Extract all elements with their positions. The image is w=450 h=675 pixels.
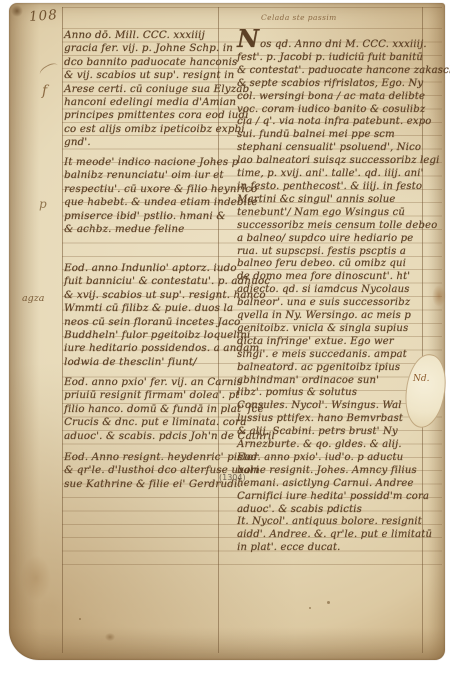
header-inscription: Celada ste passim (261, 13, 337, 22)
manuscript-line: Nos qd. Anno dni M. CCC. xxxiiij. (237, 32, 450, 52)
manuscript-line: balneo feru debeo. cū omibz qui (237, 258, 450, 271)
manuscript-line: in plat'. ecce ducat. (237, 542, 432, 555)
manuscript-line: Eod. anno pxio'. iud'o. p aductu (237, 452, 429, 465)
manuscript-line: It meode' indico nacione Johes p (64, 156, 258, 169)
manuscript-line: successoribz meis censum tolle debeo (237, 220, 450, 233)
line-text: os qd. Anno dni M. CCC. xxxiiij. (260, 39, 427, 50)
manuscript-line: voc. coram iudico banito & cosulibz (237, 104, 450, 117)
manuscript-line: dco bannito paduocate hanconis (64, 56, 249, 69)
manuscript-line: Arese certi. cū coniuge sua Elyzab (64, 83, 249, 96)
ink-speck (309, 607, 311, 609)
paragraph: It meode' indico nacione Johes pbalnibz … (64, 156, 258, 236)
manuscript-line: It. Nycol'. antiquus bolore. resignit (237, 516, 432, 529)
manuscript-line: hanconi edelingi media d'Amian (64, 96, 249, 109)
stain-top-left-corner (11, 5, 23, 17)
manuscript-line: & qr'le. d'lusthoi dco alterfuse uxori (64, 464, 259, 477)
manuscript-line: Arnezburte. & qo. gldes. & alij. (237, 439, 450, 452)
manuscript-line: adiecto. qd. si iamdcus Nycolaus (237, 284, 450, 297)
parchment-page: 108 Celada ste passim f p agza (1304) Nd… (9, 3, 445, 660)
stain-bottom-middle (105, 633, 115, 641)
ink-speck (79, 618, 81, 620)
top-ruling-line (62, 7, 442, 8)
manuscript-line: balneor'. una e suis successoribz (237, 297, 450, 310)
vertical-rule-left (62, 7, 63, 653)
manuscript-line: gracia fer. vij. p. Johne Schp. in (64, 42, 249, 55)
manuscript-line: pmiserce ibid' pstlio. hmani & (64, 210, 258, 223)
manuscript-line: fest'. p. Jacobi p. iudiciū fuit banitū (237, 52, 450, 65)
manuscript-line: & achbz. medue feline (64, 223, 258, 236)
manuscript-line: co est alijs omibz ipeticoibz expbi (64, 123, 249, 136)
manuscript-line: hemani. asictlyng Carnui. Andree (237, 478, 429, 491)
manuscript-line: qvella in Ny. Wersingo. ac meis p (237, 310, 450, 323)
paragraph: It. Nycol'. antiquus bolore. resignitaid… (237, 516, 432, 555)
margin-note-agza: agza (22, 293, 44, 304)
manuscript-line: respectiu'. cū uxore & filio heynrico (64, 183, 258, 196)
margin-paragraph-mark: f (42, 83, 47, 99)
folio-number: 108 (28, 7, 58, 25)
manuscript-line: Eod. Anno resignt. heydenric' pistor (64, 451, 259, 464)
manuscript-line: stephani censualit' psoluend', Nico (237, 142, 450, 155)
manuscript-line: & septe scabios rifrislatos, Ego. Ny (237, 78, 450, 91)
paragraph: Anno dō. Mill. CCC. xxxiiijgracia fer. v… (64, 29, 249, 150)
margin-left-mark: p (39, 197, 47, 211)
margin-note-nd: Nd. (413, 374, 430, 384)
manuscript-line: & alij. Scabini. petrs brust' Ny (237, 426, 450, 439)
manuscript-line: a balneo/ supdco uire hediario pe (237, 233, 450, 246)
manuscript-line: dicta infringe' extue. Ego wer (237, 336, 450, 349)
manuscript-line: que habebt. & undea etiam indebite (64, 196, 258, 209)
manuscript-line: genitoibz. vnicla & singla supius (237, 323, 450, 336)
manuscript-line: rua. ut supscpsi. festis pscptis a (237, 246, 450, 259)
margin-flourish (38, 61, 60, 79)
manuscript-photo: 108 Celada ste passim f p agza (1304) Nd… (0, 0, 450, 675)
ink-speck (327, 601, 330, 604)
manuscript-line: sui. fundū balnei mei ppe scm (237, 129, 450, 142)
manuscript-line: principes pmittentes cora eod iudi (64, 109, 249, 122)
manuscript-line: balne resignit. Johes. Amncy filius (237, 465, 429, 478)
manuscript-line: & contestat'. paduocate hancone zakasch (237, 65, 450, 78)
manuscript-line: tenebunt'/ Nam ego Wsingus cū (237, 207, 450, 220)
manuscript-line: lao balneatori suisqz successoribz legi (237, 155, 450, 168)
manuscript-line: col. wersingi bona / ac mata delibte (237, 91, 450, 104)
stain-bottom-left (21, 555, 51, 601)
paragraph: Eod. Anno resignt. heydenric' pistor& qr… (64, 451, 259, 491)
manuscript-line: gnd'. (64, 136, 249, 149)
manuscript-line: Martini &c singul' annis solue (237, 194, 450, 207)
manuscript-line: Anno dō. Mill. CCC. xxxiiij (64, 29, 249, 42)
initial-capital: N (237, 24, 260, 53)
manuscript-line: cia / q'. via nota infra patebunt. expo (237, 116, 450, 129)
manuscript-line: sue Kathrine & filie ei' Gerdrudi. (64, 478, 259, 491)
manuscript-line: time, p. xvij. ani'. talle'. qd. iiij. a… (237, 168, 450, 181)
manuscript-line: aidd'. Andree. &. qr'le. put e limitatū (237, 529, 432, 542)
manuscript-line: Carnifici iure hedita' possidd'm cora (237, 491, 429, 504)
manuscript-line: de domo mea fore dinoscunt'. ht' (237, 271, 450, 284)
manuscript-line: & vij. scabios ut sup'. resignt in (64, 69, 249, 82)
paragraph: Eod. anno pxio'. iud'o. p aductubalne re… (237, 452, 429, 517)
manuscript-line: in festo. penthecost'. & iiij. in festo (237, 181, 450, 194)
manuscript-line: balnibz renunciatu' oim iur et (64, 169, 258, 182)
manuscript-line: aduoc'. & scabis pdictis (237, 504, 429, 517)
